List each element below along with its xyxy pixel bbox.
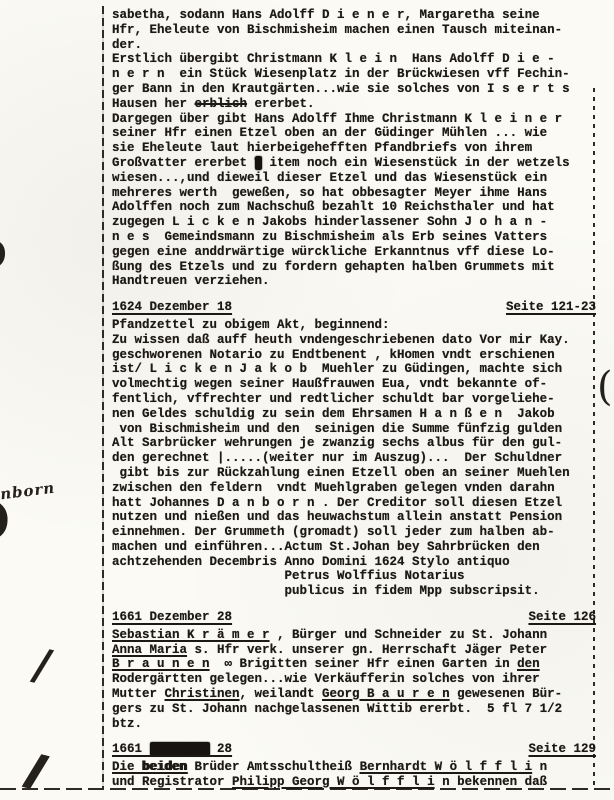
text-line: btz. (112, 717, 596, 732)
text-segment: seiner Hfr einen Etzel oben an der Güdin… (112, 126, 547, 140)
entry-date: 1661 Dezember 28 (112, 742, 232, 757)
text-line: zugegen L i c k e n Jakobs hinderlassene… (112, 215, 596, 230)
text-line: n e s Gemeindsmann zu Bischmisheim als E… (112, 230, 596, 245)
text-line: n e r n ein Stück Wiesenplatz in der Brü… (112, 67, 596, 82)
text-line: ist/ L i c k e n J a k o b Muehler zu Gü… (112, 362, 596, 377)
text-segment: Adolffen noch zum Nachschuß bezahlt 10 R… (112, 200, 555, 214)
text-line: Mutter Christinen, weilandt Georg B a u … (112, 687, 596, 702)
text-line: ßung des Etzels und zu fordern gehapten … (112, 260, 596, 275)
text-segment: Zu wissen daß auff heuth vndengeschriebe… (112, 333, 570, 347)
text-segment: ger Bann in den Krautgärten...wie sie so… (112, 82, 570, 96)
text-segment: nen Geldes schuldig zu sein dem Ehrsamen… (112, 407, 555, 421)
text-segment: , Bürger und Schneider zu St. Johann (270, 628, 548, 642)
text-segment: Petrus Wolffius Notarius (112, 569, 465, 583)
text-segment: geschworenen Notario zu Endtbenent , kHo… (112, 348, 555, 362)
text-line: der. (112, 38, 596, 53)
text-segment: volmechtig wegen seiner Haußfrauwen Eua,… (112, 377, 547, 391)
text-segment: ∞ Brigitten seiner Hfr einen Garten in (210, 657, 518, 671)
text-segment: wiesen...,und dieweil dieser Etzel und d… (112, 171, 547, 185)
text-line: Sebastian K r ä m e r , Bürger und Schne… (112, 628, 596, 643)
text-segment: Alt Sarbrücker wehrungen je zwanzig sech… (112, 436, 562, 450)
text-line: Alt Sarbrücker wehrungen je zwanzig sech… (112, 436, 596, 451)
text-segment: sabetha, sodann Hans Adolff D i e n e r,… (112, 8, 540, 22)
text-line: Hfr, Eheleute von Bischmisheim machen ei… (112, 23, 596, 38)
text-segment: 1624 Dezember 18 (112, 300, 232, 314)
underlined-text: Philipp Georg W ö l f f l i (232, 775, 435, 789)
blacked-out-text: Dezember (150, 742, 210, 756)
text-line: Pfandzettel zu obigem Akt, beginnend: (112, 318, 596, 333)
text-line: geschworenen Notario zu Endtbenent , kHo… (112, 348, 596, 363)
underlined-text: Anna Maria (112, 643, 187, 657)
text-line: achtzehenden Decembris Anno Domini 1624 … (112, 555, 596, 570)
text-line: publicus in fidem Mpp subscripsit. (112, 584, 596, 599)
text-segment: gibt bis zur Rückzahlung einen Etzell ob… (112, 466, 570, 480)
underlined-text: Bernhardt W ö l f f l i (360, 760, 533, 774)
text-line: mehreres werth geweßen, so hat obbesagte… (112, 186, 596, 201)
text-line: Dargegen über gibt Hans Adolff Ihme Chri… (112, 112, 596, 127)
text-segment: , weilandt (240, 687, 323, 701)
text-segment: n e s Gemeindsmann zu Bischmisheim als E… (112, 230, 547, 244)
text-line: Petrus Wolffius Notarius (112, 569, 596, 584)
text-segment: einnehmen. Der Grummeth (gromadt) soll j… (112, 525, 555, 539)
text-segment: von Bischmisheim und den seinigen die Su… (112, 422, 562, 436)
text-line: Handtreuen verziehen. (112, 274, 596, 289)
text-line: Zu wissen daß auff heuth vndengeschriebe… (112, 333, 596, 348)
text-line: seiner Hfr einen Etzel oben an der Güdin… (112, 126, 596, 141)
text-line: nen Geldes schuldig zu sein dem Ehrsamen… (112, 407, 596, 422)
text-segment: item noch ein Wiesenstück in der wetzels (262, 156, 570, 170)
text-line: Anna Maria s. Hfr verk. unserer gn. Herr… (112, 643, 596, 658)
underlined-text: den (517, 657, 540, 671)
text-segment: gewesenen Bür- (450, 687, 563, 701)
entry-section-2: 1661 Dezember 28Seite 126Sebastian K r ä… (112, 610, 596, 731)
text-line: machen und einführen...Actum St.Johan be… (112, 540, 596, 555)
handwritten-paren-mark-right: ( (597, 364, 613, 410)
underlined-text: Georg B a u r e n (322, 687, 450, 701)
text-segment: ßung des Etzels und zu fordern gehapten … (112, 260, 555, 274)
entry-section-1: 1624 Dezember 18Seite 121-23Pfandzettel … (112, 300, 596, 599)
text-segment: der. (112, 38, 142, 52)
text-line: Rodergärtten gelegen...wie Verkäufferin … (112, 672, 596, 687)
underlined-text: Sebastian K r ä m e r (112, 628, 270, 642)
text-segment: publicus in fidem Mpp subscripsit. (112, 584, 540, 598)
text-segment: Hfr, Eheleute von Bischmisheim machen ei… (112, 23, 562, 37)
text-segment: n bekennen daß (435, 775, 548, 789)
text-line: sie Eheleute laut hierbeigehefften Pfand… (112, 141, 596, 156)
text-segment: Dargegen über gibt Hans Adolff Ihme Chri… (112, 112, 562, 126)
text-line: B r a u n e n ∞ Brigitten seiner Hfr ein… (112, 657, 596, 672)
text-segment: und Registrator (112, 775, 232, 789)
text-segment: zugegen L i c k e n Jakobs hinderlassene… (112, 215, 547, 229)
text-segment: Brüder Amtsschultheiß (187, 760, 360, 774)
text-segment: Handtreuen verziehen. (112, 274, 270, 288)
text-segment: ist/ L i c k e n J a k o b Muehler zu Gü… (112, 362, 562, 376)
text-line: Großvatter ererbet W item noch ein Wiese… (112, 156, 596, 171)
entry-page-ref: Seite 126 (528, 610, 596, 625)
entry-date: 1661 Dezember 28 (112, 610, 232, 625)
text-segment: Pfandzettel zu obigem Akt, beginnend: (112, 318, 390, 332)
text-column: sabetha, sodann Hans Adolff D i e n e r,… (112, 8, 596, 790)
text-segment: n e r n ein Stück Wiesenplatz in der Brü… (112, 67, 570, 81)
entry-section-3: 1661 Dezember 28Seite 129Die beiden Brüd… (112, 742, 596, 789)
underlined-text: Die (112, 760, 142, 774)
text-segment: hatt Johannes D a n b o r n . Der Credit… (112, 496, 562, 510)
entry-page-ref: Seite 129 (528, 742, 596, 757)
struck-text: erblich (195, 97, 248, 111)
entry-header: 1661 Dezember 28Seite 129 (112, 742, 596, 757)
entry-date: 1624 Dezember 18 (112, 300, 232, 315)
text-line: Erstlich übergibt Christmann K l e i n H… (112, 52, 596, 67)
text-line: und Registrator Philipp Georg W ö l f f … (112, 775, 596, 790)
text-segment: gegen eine anddrwärtige würckliche Erkan… (112, 245, 555, 259)
handwritten-slash-mark: / (28, 639, 56, 692)
text-line: volmechtig wegen seiner Haußfrauwen Eua,… (112, 377, 596, 392)
entry-header: 1661 Dezember 28Seite 126 (112, 610, 596, 625)
text-segment: Mutter (112, 687, 165, 701)
text-line: zwischen den feldern vndt Muehlgraben ge… (112, 481, 596, 496)
handwritten-paren-mark-bottom: ) (0, 493, 13, 545)
text-segment: gers zu St. Johann nachgelassenen Wittib… (112, 702, 562, 716)
text-line: gers zu St. Johann nachgelassenen Wittib… (112, 702, 596, 717)
text-line: gibt bis zur Rückzahlung einen Etzell ob… (112, 466, 596, 481)
text-segment: ererbet. (247, 97, 315, 111)
text-segment: Hausen her (112, 97, 195, 111)
text-line: fentlich, vffrechter und redtlicher schu… (112, 392, 596, 407)
text-segment: nutzen und nießen und das heuwachstum al… (112, 510, 562, 524)
left-margin-rule (102, 6, 104, 790)
text-line: den gerechnet |.....(weiter nur im Auszu… (112, 451, 596, 466)
scanned-document-page: ) nborn ) / // ( sabetha, sodann Hans Ad… (0, 0, 614, 800)
text-line: Adolffen noch zum Nachschuß bezahlt 10 R… (112, 200, 596, 215)
body-section: sabetha, sodann Hans Adolff D i e n e r,… (112, 8, 596, 289)
text-segment: btz. (112, 717, 142, 731)
handwritten-paren-mark-top: ) (0, 234, 9, 273)
text-segment: s. Hfr verk. unserer gn. Herrschaft Jäge… (187, 643, 547, 657)
text-segment: Rodergärtten gelegen...wie Verkäufferin … (112, 672, 540, 686)
text-segment: 1661 Dezember 28 (112, 610, 232, 624)
underlined-text: beiden (142, 760, 187, 774)
text-segment: fentlich, vffrechter und redtlicher schu… (112, 392, 555, 406)
entry-page-ref: Seite 121-23 (506, 300, 596, 315)
underlined-text: B r a u n e n (112, 657, 210, 671)
text-segment: machen und einführen...Actum St.Johan be… (112, 540, 540, 554)
text-line: Die beiden Brüder Amtsschultheiß Bernhar… (112, 760, 596, 775)
text-line: ger Bann in den Krautgärten...wie sie so… (112, 82, 596, 97)
text-line: Hausen her erblich ererbet. (112, 97, 596, 112)
text-segment: 1661 (112, 742, 150, 756)
text-line: sabetha, sodann Hans Adolff D i e n e r,… (112, 8, 596, 23)
text-segment: n (532, 760, 547, 774)
text-segment: den gerechnet |.....(weiter nur im Auszu… (112, 451, 562, 465)
text-segment: mehreres werth geweßen, so hat obbesagte… (112, 186, 547, 200)
text-segment: zwischen den feldern vndt Muehlgraben ge… (112, 481, 555, 495)
underlined-text: Christinen (165, 687, 240, 701)
text-segment: achtzehenden Decembris Anno Domini 1624 … (112, 555, 510, 569)
text-line: gegen eine anddrwärtige würckliche Erkan… (112, 245, 596, 260)
text-line: wiesen...,und dieweil dieser Etzel und d… (112, 171, 596, 186)
text-line: nutzen und nießen und das heuwachstum al… (112, 510, 596, 525)
text-line: einnehmen. Der Grummeth (gromadt) soll j… (112, 525, 596, 540)
text-segment: Großvatter ererbet (112, 156, 255, 170)
text-line: hatt Johannes D a n b o r n . Der Credit… (112, 496, 596, 511)
text-segment: Erstlich übergibt Christmann K l e i n H… (112, 52, 555, 66)
blacked-out-text: W (255, 156, 263, 170)
text-line: von Bischmisheim und den seinigen die Su… (112, 422, 596, 437)
text-segment: 28 (210, 742, 233, 756)
text-segment: sie Eheleute laut hierbeigehefften Pfand… (112, 141, 532, 155)
entry-header: 1624 Dezember 18Seite 121-23 (112, 300, 596, 315)
